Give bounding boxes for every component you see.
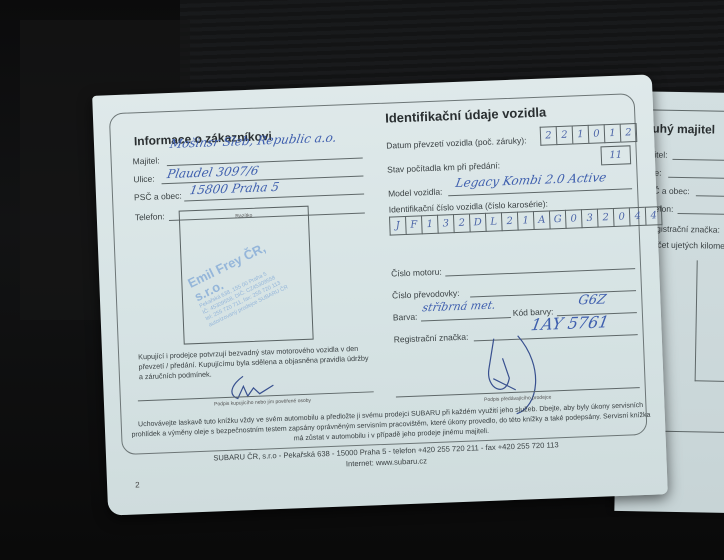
- vin-char: D: [469, 213, 486, 233]
- odometer-box: 11: [600, 145, 631, 165]
- vin-char: F: [405, 215, 422, 235]
- vin-char: 4: [629, 207, 646, 227]
- digit-box: 1: [572, 125, 589, 145]
- vin-char: 1: [421, 215, 438, 235]
- engine-number-label: Číslo motoru:: [391, 267, 442, 279]
- vin-char: 0: [613, 207, 630, 227]
- zip-city-label: PSČ a obec:: [134, 191, 182, 203]
- digit-box: 2: [620, 123, 638, 143]
- handover-date-boxes: 2 2 1 0 1 2: [540, 123, 638, 146]
- dealer-stamp: Emil Frey ČR, s.r.o. Pekařská 638, 155 0…: [185, 227, 314, 330]
- page-number: 2: [135, 480, 140, 489]
- street-label: Ulice:: [133, 174, 155, 185]
- vin-char: 0: [565, 209, 582, 229]
- vin-char: 1: [517, 211, 534, 231]
- vin-char: 2: [453, 214, 470, 234]
- vin-char: 2: [501, 212, 518, 232]
- color-code-value: G6Z: [577, 292, 607, 308]
- vin-char: 4: [645, 206, 663, 226]
- vin-char: L: [485, 212, 502, 232]
- digit-box: 0: [588, 124, 605, 144]
- color-label: Barva:: [393, 312, 418, 323]
- digit-box: 2: [556, 126, 573, 146]
- vin-char: 3: [437, 214, 454, 234]
- model-label: Model vozidla:: [388, 187, 443, 199]
- next-stamp-box: [695, 260, 724, 382]
- odometer-boxes: 11: [600, 145, 631, 165]
- service-booklet-page: Informace o zákazníkovi Majitel: Mošinsr…: [92, 74, 668, 515]
- vin-char: G: [549, 210, 566, 230]
- vin-char: 2: [597, 208, 614, 228]
- stamp-box-caption: Razítko: [180, 211, 308, 222]
- vin-char: 3: [581, 209, 598, 229]
- digit-box: 2: [540, 126, 557, 146]
- stamp-box: Razítko Emil Frey ČR, s.r.o. Pekařská 63…: [179, 206, 314, 345]
- phone-label: Telefon:: [135, 211, 165, 222]
- vin-char: A: [533, 210, 550, 230]
- vin-char: J: [389, 216, 406, 236]
- owner-label: Majitel:: [132, 155, 159, 166]
- digit-box: 1: [604, 124, 621, 144]
